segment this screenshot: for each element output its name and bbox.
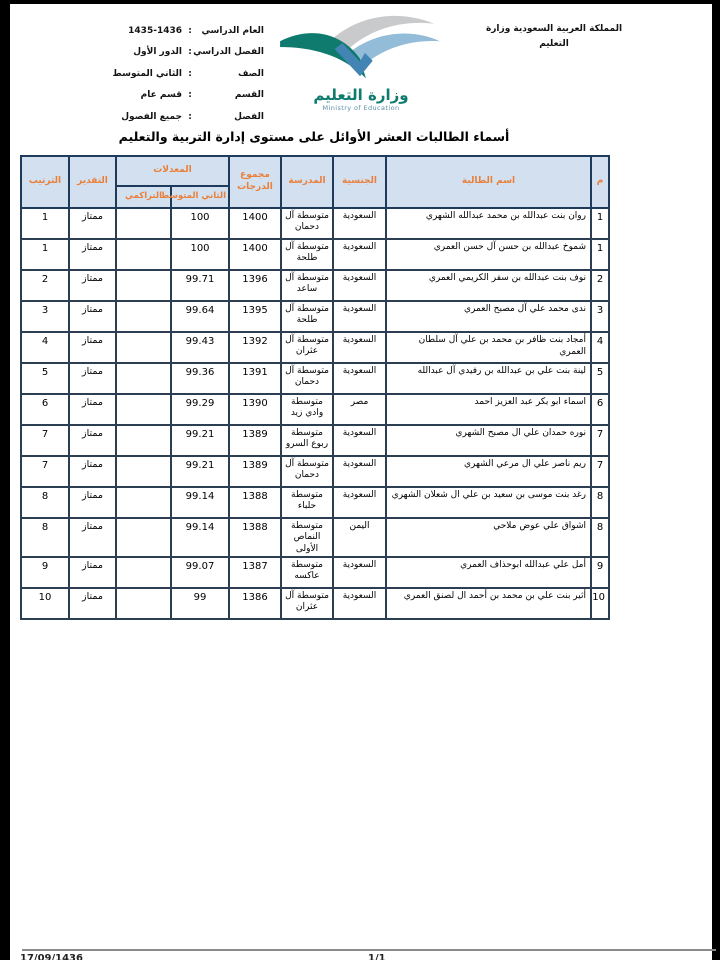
table-row: 4أمجاد بنت ظافر بن محمد بن علي آل سلطان … (21, 332, 609, 363)
meta-label: العام الدراسي (198, 26, 264, 36)
cell-nationality: اليمن (333, 518, 386, 557)
cell-nationality: السعودية (333, 557, 386, 588)
meta-section: القسم : قسم عام (92, 85, 264, 107)
cell-school: متوسطة آل دحمان (281, 208, 333, 239)
cell-index: 4 (591, 332, 609, 363)
scan-edge-left (0, 0, 10, 960)
cell-school: متوسطة آل طلحة (281, 301, 333, 332)
col-header-rank: الترتيب (21, 156, 69, 208)
meta-academic-year: العام الدراسي : 1435-1436 (92, 20, 264, 42)
footer-date: 17/09/1436 (20, 953, 83, 960)
cell-avg_second: 99.43 (171, 332, 229, 363)
cell-total: 1386 (229, 588, 281, 619)
table-row: 8رغد بنت موسى بن سعيد بن علي ال شعلان ال… (21, 487, 609, 518)
cell-avg_cumulative (116, 588, 171, 619)
table-row: 9أمل علي عبدالله ابوحذاف العمريالسعوديةم… (21, 557, 609, 588)
meta-label: الصف (198, 69, 264, 79)
cell-grade: ممتاز (69, 425, 116, 456)
cell-name: لينة بنت علي بن عبدالله بن رفيدي آل عبدا… (386, 363, 591, 394)
cell-total: 1388 (229, 487, 281, 518)
cell-nationality: مصر (333, 394, 386, 425)
meta-colon: : (182, 112, 198, 122)
cell-school: متوسطة حلباء (281, 487, 333, 518)
top-students-table: م اسم الطالبة الجنسية المدرسة مجموع الدر… (20, 155, 608, 620)
meta-colon: : (182, 26, 198, 36)
cell-grade: ممتاز (69, 456, 116, 487)
cell-nationality: السعودية (333, 239, 386, 270)
table-row: 1روان بنت عبدالله بن محمد عبدالله الشهري… (21, 208, 609, 239)
cell-total: 1390 (229, 394, 281, 425)
scan-edge-top (0, 0, 720, 4)
cell-total: 1388 (229, 518, 281, 557)
logo-title-arabic: وزارة التعليم (272, 88, 450, 104)
cell-name: أمل علي عبدالله ابوحذاف العمري (386, 557, 591, 588)
cell-avg_cumulative (116, 332, 171, 363)
open-book-bird-icon (276, 10, 446, 88)
cell-name: ندى محمد علي آل مصبح العمري (386, 301, 591, 332)
col-header-num: م (591, 156, 609, 208)
table-row: 5لينة بنت علي بن عبدالله بن رفيدي آل عبد… (21, 363, 609, 394)
cell-avg_second: 99.14 (171, 487, 229, 518)
cell-school: متوسطة وادي زيد (281, 394, 333, 425)
cell-rank: 3 (21, 301, 69, 332)
cell-rank: 1 (21, 208, 69, 239)
cell-grade: ممتاز (69, 518, 116, 557)
students-tbody: 1روان بنت عبدالله بن محمد عبدالله الشهري… (21, 208, 609, 619)
col-header-name: اسم الطالبة (386, 156, 591, 208)
page-title: أسماء الطالبات العشر الأوائل على مستوى إ… (20, 129, 608, 144)
cell-rank: 1 (21, 239, 69, 270)
cell-index: 10 (591, 588, 609, 619)
meta-label: الفصل (198, 112, 264, 122)
cell-avg_second: 99.07 (171, 557, 229, 588)
cell-avg_cumulative (116, 518, 171, 557)
org-header: المملكة العربية السعودية وزارة التعليم (478, 22, 630, 53)
cell-nationality: السعودية (333, 487, 386, 518)
cell-grade: ممتاز (69, 301, 116, 332)
meta-semester: الفصل الدراسي : الدور الأول (92, 42, 264, 64)
cell-avg_second: 99.14 (171, 518, 229, 557)
cell-nationality: السعودية (333, 270, 386, 301)
cell-total: 1389 (229, 456, 281, 487)
cell-index: 5 (591, 363, 609, 394)
table-row: 10أثير بنت علي بن محمد بن أحمد ال لصنق ا… (21, 588, 609, 619)
cell-total: 1400 (229, 208, 281, 239)
table-row: 1شموخ عبدالله بن حسن آل حسن العمريالسعود… (21, 239, 609, 270)
cell-avg_cumulative (116, 301, 171, 332)
cell-name: روان بنت عبدالله بن محمد عبدالله الشهري (386, 208, 591, 239)
cell-grade: ممتاز (69, 270, 116, 301)
cell-index: 8 (591, 487, 609, 518)
cell-grade: ممتاز (69, 239, 116, 270)
cell-total: 1392 (229, 332, 281, 363)
footer-divider (22, 949, 716, 951)
footer-page-number: 1/1 (368, 953, 386, 960)
cell-rank: 6 (21, 394, 69, 425)
cell-school: متوسطة ربوع السرو (281, 425, 333, 456)
cell-school: متوسطة آل دحمان (281, 456, 333, 487)
cell-school: متوسطة آل عثران (281, 332, 333, 363)
meta-classes: الفصل : جميع الفصول (92, 106, 264, 128)
document-page: وزارة التعليم Ministry of Education العا… (0, 0, 720, 960)
cell-rank: 8 (21, 487, 69, 518)
cell-nationality: السعودية (333, 332, 386, 363)
meta-value: الثاني المتوسط (113, 69, 182, 79)
cell-school: متوسطة عاكسه (281, 557, 333, 588)
col-header-grade: التقدير (69, 156, 116, 208)
meta-label: الفصل الدراسي (198, 47, 264, 57)
cell-nationality: السعودية (333, 588, 386, 619)
cell-index: 8 (591, 518, 609, 557)
cell-school: متوسطة آل ساعد (281, 270, 333, 301)
cell-name: أثير بنت علي بن محمد بن أحمد ال لصنق الع… (386, 588, 591, 619)
cell-avg_cumulative (116, 487, 171, 518)
cell-total: 1391 (229, 363, 281, 394)
table-row: 6اسماء ابو بكر عبد العزيز احمدمصرمتوسطة … (21, 394, 609, 425)
cell-avg_cumulative (116, 557, 171, 588)
meta-colon: : (182, 47, 198, 57)
cell-rank: 5 (21, 363, 69, 394)
cell-nationality: السعودية (333, 456, 386, 487)
cell-school: متوسطة آل دحمان (281, 363, 333, 394)
cell-avg_cumulative (116, 363, 171, 394)
cell-total: 1389 (229, 425, 281, 456)
logo-title-english: Ministry of Education (272, 104, 450, 112)
cell-total: 1387 (229, 557, 281, 588)
cell-avg_second: 99.36 (171, 363, 229, 394)
cell-name: أمجاد بنت ظافر بن محمد بن علي آل سلطان ا… (386, 332, 591, 363)
cell-total: 1395 (229, 301, 281, 332)
cell-avg_cumulative (116, 394, 171, 425)
cell-avg_second: 99.64 (171, 301, 229, 332)
meta-colon: : (182, 69, 198, 79)
cell-name: نوره حمدان علي ال مصبح الشهري (386, 425, 591, 456)
cell-rank: 10 (21, 588, 69, 619)
col-header-avg-second: الثاني المتوسط (171, 186, 229, 208)
meta-grade-level: الصف : الثاني المتوسط (92, 63, 264, 85)
table-row: 2نوف بنت عبدالله بن سفر الكريمي العمريال… (21, 270, 609, 301)
cell-avg_cumulative (116, 425, 171, 456)
cell-total: 1396 (229, 270, 281, 301)
cell-index: 3 (591, 301, 609, 332)
cell-rank: 7 (21, 456, 69, 487)
cell-nationality: السعودية (333, 208, 386, 239)
cell-index: 7 (591, 425, 609, 456)
meta-colon: : (182, 90, 198, 100)
cell-index: 6 (591, 394, 609, 425)
table-row: 7نوره حمدان علي ال مصبح الشهريالسعوديةمت… (21, 425, 609, 456)
scan-edge-right (712, 0, 720, 960)
cell-avg_second: 99.29 (171, 394, 229, 425)
cell-rank: 7 (21, 425, 69, 456)
cell-nationality: السعودية (333, 363, 386, 394)
cell-index: 1 (591, 239, 609, 270)
col-header-averages: المعدلات (116, 156, 229, 186)
cell-grade: ممتاز (69, 332, 116, 363)
cell-name: رغد بنت موسى بن سعيد بن علي ال شعلان الش… (386, 487, 591, 518)
cell-school: متوسطة النماص الأولى (281, 518, 333, 557)
cell-avg_second: 99 (171, 588, 229, 619)
ministry-logo: وزارة التعليم Ministry of Education (272, 10, 450, 122)
meta-value: 1435-1436 (128, 26, 182, 36)
cell-grade: ممتاز (69, 208, 116, 239)
cell-name: اسماء ابو بكر عبد العزيز احمد (386, 394, 591, 425)
cell-rank: 8 (21, 518, 69, 557)
col-header-school: المدرسة (281, 156, 333, 208)
report-meta: العام الدراسي : 1435-1436 الفصل الدراسي … (92, 20, 264, 128)
meta-value: الدور الأول (133, 47, 182, 57)
meta-value: قسم عام (141, 90, 182, 100)
cell-index: 1 (591, 208, 609, 239)
cell-avg_second: 99.71 (171, 270, 229, 301)
table-row: 3ندى محمد علي آل مصبح العمريالسعوديةمتوس… (21, 301, 609, 332)
cell-grade: ممتاز (69, 363, 116, 394)
cell-avg_second: 100 (171, 208, 229, 239)
cell-index: 7 (591, 456, 609, 487)
table-row: 7ريم ناصر علي ال مرعي الشهريالسعوديةمتوس… (21, 456, 609, 487)
cell-name: شموخ عبدالله بن حسن آل حسن العمري (386, 239, 591, 270)
cell-avg_cumulative (116, 270, 171, 301)
cell-grade: ممتاز (69, 557, 116, 588)
cell-nationality: السعودية (333, 301, 386, 332)
cell-school: متوسطة آل عثران (281, 588, 333, 619)
cell-avg_cumulative (116, 239, 171, 270)
cell-grade: ممتاز (69, 588, 116, 619)
cell-avg_second: 99.21 (171, 425, 229, 456)
cell-index: 2 (591, 270, 609, 301)
cell-grade: ممتاز (69, 394, 116, 425)
table-row: 8اشواق علي عوض ملاحياليمنمتوسطة النماص ا… (21, 518, 609, 557)
cell-nationality: السعودية (333, 425, 386, 456)
cell-total: 1400 (229, 239, 281, 270)
cell-rank: 9 (21, 557, 69, 588)
cell-grade: ممتاز (69, 487, 116, 518)
cell-rank: 2 (21, 270, 69, 301)
cell-index: 9 (591, 557, 609, 588)
cell-name: ريم ناصر علي ال مرعي الشهري (386, 456, 591, 487)
cell-avg_second: 99.21 (171, 456, 229, 487)
col-header-nationality: الجنسية (333, 156, 386, 208)
meta-label: القسم (198, 90, 264, 100)
col-header-total: مجموع الدرجات (229, 156, 281, 208)
header-row-1: م اسم الطالبة الجنسية المدرسة مجموع الدر… (21, 156, 609, 186)
cell-name: اشواق علي عوض ملاحي (386, 518, 591, 557)
cell-name: نوف بنت عبدالله بن سفر الكريمي العمري (386, 270, 591, 301)
cell-avg_second: 100 (171, 239, 229, 270)
cell-avg_cumulative (116, 208, 171, 239)
cell-school: متوسطة آل طلحة (281, 239, 333, 270)
cell-avg_cumulative (116, 456, 171, 487)
meta-value: جميع الفصول (121, 112, 182, 122)
cell-rank: 4 (21, 332, 69, 363)
